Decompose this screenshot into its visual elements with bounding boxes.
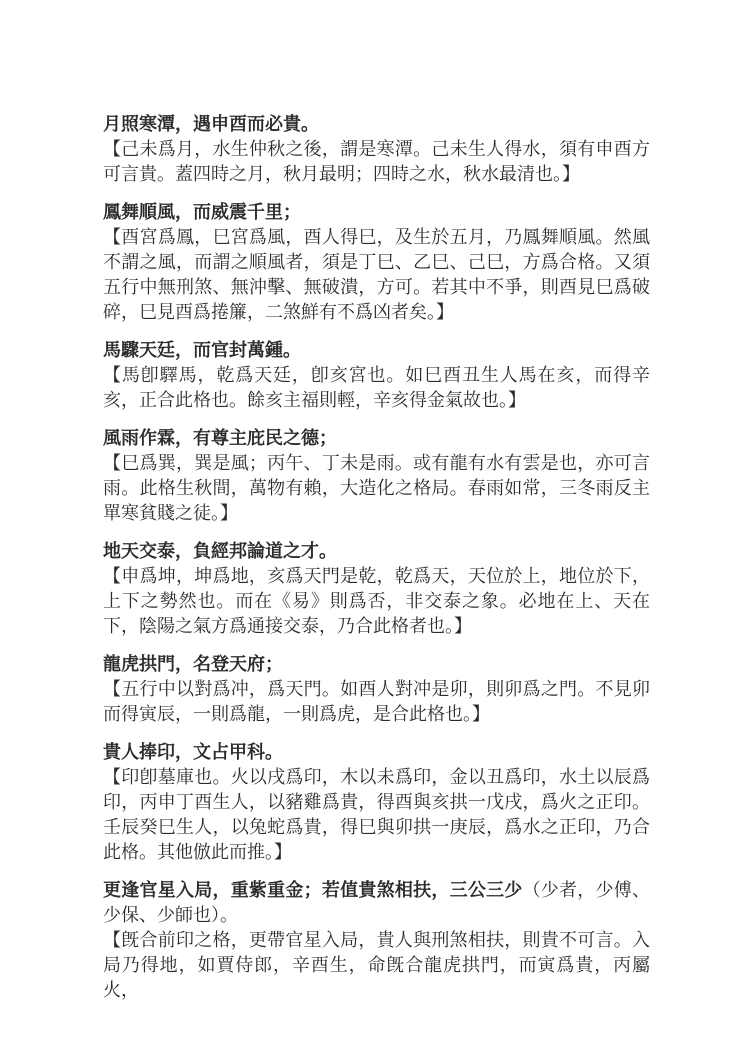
section-heading: 貴人捧印，文占甲科。 <box>103 740 650 765</box>
section-commentary: 【申爲坤，坤爲地，亥爲天門是乾，乾爲天，天位於上，地位於下，上下之勢然也。而在《… <box>103 564 650 639</box>
section-commentary: 【五行中以對爲冲，爲天門。如酉人對冲是卯，則卯爲之門。不見卯而得寅辰，一則爲龍，… <box>103 677 650 727</box>
section-commentary: 【己未爲月，水生仲秋之後，謂是寒潭。己未生人得水，須有申酉方可言貴。蓋四時之月，… <box>103 137 650 187</box>
section-heading: 風雨作霖，有尊主庇民之德； <box>103 426 650 451</box>
section-phoenix-wind: 鳳舞順風，而威震千里； 【酉宮爲鳳，巳宮爲風，酉人得巳，及生於五月，乃鳳舞順風。… <box>103 200 650 325</box>
section-heading-main: 更逢官星入局，重紫重金；若值貴煞相扶，三公三少 <box>103 880 523 900</box>
section-heading: 龍虎拱門，名登天府； <box>103 652 650 677</box>
section-earth-heaven-tai: 地天交泰，負經邦論道之才。 【申爲坤，坤爲地，亥爲天門是乾，乾爲天，天位於上，地… <box>103 539 650 639</box>
section-commentary: 【酉宮爲鳳，巳宮爲風，酉人得巳，及生於五月，乃鳳舞順風。然風不謂之風，而謂之順風… <box>103 225 650 325</box>
section-commentary: 【巳爲巽，巽是風；丙午、丁未是雨。或有龍有水有雲是也，亦可言雨。此格生秋間，萬物… <box>103 451 650 526</box>
section-noble-holds-seal: 貴人捧印，文占甲科。 【印卽墓庫也。火以戌爲印，木以未爲印，金以丑爲印，水土以辰… <box>103 740 650 865</box>
section-commentary: 【馬卽驛馬，乾爲天廷，卽亥宮也。如巳酉丑生人馬在亥，而得辛亥，正合此格也。餘亥主… <box>103 363 650 413</box>
section-heading: 馬驟天廷，而官封萬鍾。 <box>103 338 650 363</box>
section-horse-heaven-court: 馬驟天廷，而官封萬鍾。 【馬卽驛馬，乾爲天廷，卽亥宮也。如巳酉丑生人馬在亥，而得… <box>103 338 650 413</box>
document-page: 月照寒潭，遇申酉而必貴。 【己未爲月，水生仲秋之後，謂是寒潭。己未生人得水，須有… <box>0 0 750 1060</box>
section-dragon-tiger-gate: 龍虎拱門，名登天府； 【五行中以對爲冲，爲天門。如酉人對冲是卯，則卯爲之門。不見… <box>103 652 650 727</box>
section-official-star: 更逢官星入局，重紫重金；若值貴煞相扶，三公三少（少者，少傅、少保、少師也）。 【… <box>103 878 650 1003</box>
section-commentary: 【印卽墓庫也。火以戌爲印，木以未爲印，金以丑爲印，水土以辰爲印，丙申丁酉生人，以… <box>103 765 650 865</box>
section-heading: 更逢官星入局，重紫重金；若值貴煞相扶，三公三少（少者，少傅、少保、少師也）。 <box>103 878 650 928</box>
section-heading: 月照寒潭，遇申酉而必貴。 <box>103 112 650 137</box>
section-heading: 地天交泰，負經邦論道之才。 <box>103 539 650 564</box>
section-heading: 鳳舞順風，而威震千里； <box>103 200 650 225</box>
section-commentary: 【旣合前印之格，更帶官星入局，貴人與刑煞相扶，則貴不可言。入局乃得地，如賈侍郎，… <box>103 928 650 1003</box>
section-moon-cold-pool: 月照寒潭，遇申酉而必貴。 【己未爲月，水生仲秋之後，謂是寒潭。己未生人得水，須有… <box>103 112 650 187</box>
section-wind-rain: 風雨作霖，有尊主庇民之德； 【巳爲巽，巽是風；丙午、丁未是雨。或有龍有水有雲是也… <box>103 426 650 526</box>
